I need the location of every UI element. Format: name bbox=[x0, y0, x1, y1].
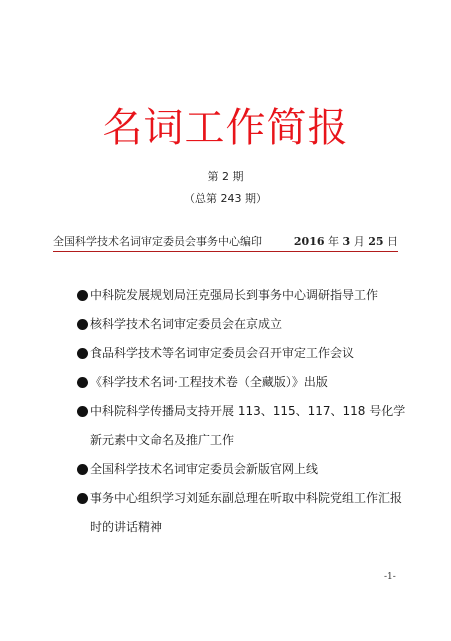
date-year: 2016 bbox=[294, 235, 325, 248]
contents-item: 中科院发展规划局汪克强局长到事务中心调研指导工作 bbox=[77, 281, 407, 310]
contents-item-text: 事务中心组织学习刘延东副总理在听取中科院党组工作汇报时的讲话精神 bbox=[90, 484, 407, 542]
bullet-dot-icon bbox=[77, 319, 88, 330]
contents-item: 中科院科学传播局支持开展 113、115、117、118 号化学新元素中文命名及… bbox=[77, 397, 407, 455]
date-month-unit: 月 bbox=[354, 235, 365, 248]
editor-date-line: 全国科学技术名词审定委员会事务中心编印 2016 年 3 月 25 日 bbox=[53, 235, 398, 250]
date-month: 3 bbox=[343, 235, 351, 248]
contents-item-text: 中科院发展规划局汪克强局长到事务中心调研指导工作 bbox=[90, 281, 407, 310]
contents-item-text: 食品科学技术等名词审定委员会召开审定工作会议 bbox=[90, 339, 407, 368]
contents-item: 食品科学技术等名词审定委员会召开审定工作会议 bbox=[77, 339, 407, 368]
contents-item: 《科学技术名词·工程技术卷（全藏版）》出版 bbox=[77, 368, 407, 397]
bullet-dot-icon bbox=[77, 377, 88, 388]
date-day-unit: 日 bbox=[387, 235, 398, 248]
document-page: 名词工作简报 第 2 期 （总第 243 期） 全国科学技术名词审定委员会事务中… bbox=[0, 0, 451, 641]
bullet-dot-icon bbox=[77, 493, 88, 504]
bullet-dot-icon bbox=[77, 406, 88, 417]
red-divider-rule bbox=[53, 251, 398, 252]
contents-item: 事务中心组织学习刘延东副总理在听取中科院党组工作汇报时的讲话精神 bbox=[77, 484, 407, 542]
bullet-dot-icon bbox=[77, 464, 88, 475]
contents-item-text: 全国科学技术名词审定委员会新版官网上线 bbox=[90, 455, 407, 484]
page-number: -1- bbox=[384, 572, 396, 583]
date-year-unit: 年 bbox=[328, 235, 339, 248]
issue-total-number: （总第 243 期） bbox=[0, 192, 451, 206]
bullet-dot-icon bbox=[77, 290, 88, 301]
contents-item: 核科学技术名词审定委员会在京成立 bbox=[77, 310, 407, 339]
publish-date: 2016 年 3 月 25 日 bbox=[294, 235, 398, 249]
bullet-dot-icon bbox=[77, 348, 88, 359]
date-day: 25 bbox=[368, 235, 383, 248]
contents-item-text: 核科学技术名词审定委员会在京成立 bbox=[90, 310, 407, 339]
contents-item: 全国科学技术名词审定委员会新版官网上线 bbox=[77, 455, 407, 484]
contents-item-text: 中科院科学传播局支持开展 113、115、117、118 号化学新元素中文命名及… bbox=[90, 397, 407, 455]
editor-name: 全国科学技术名词审定委员会事务中心编印 bbox=[53, 235, 262, 249]
issue-number: 第 2 期 bbox=[0, 170, 451, 184]
contents-list: 中科院发展规划局汪克强局长到事务中心调研指导工作 核科学技术名词审定委员会在京成… bbox=[77, 281, 407, 542]
contents-item-text: 《科学技术名词·工程技术卷（全藏版）》出版 bbox=[90, 368, 407, 397]
masthead-title: 名词工作简报 bbox=[0, 104, 451, 152]
